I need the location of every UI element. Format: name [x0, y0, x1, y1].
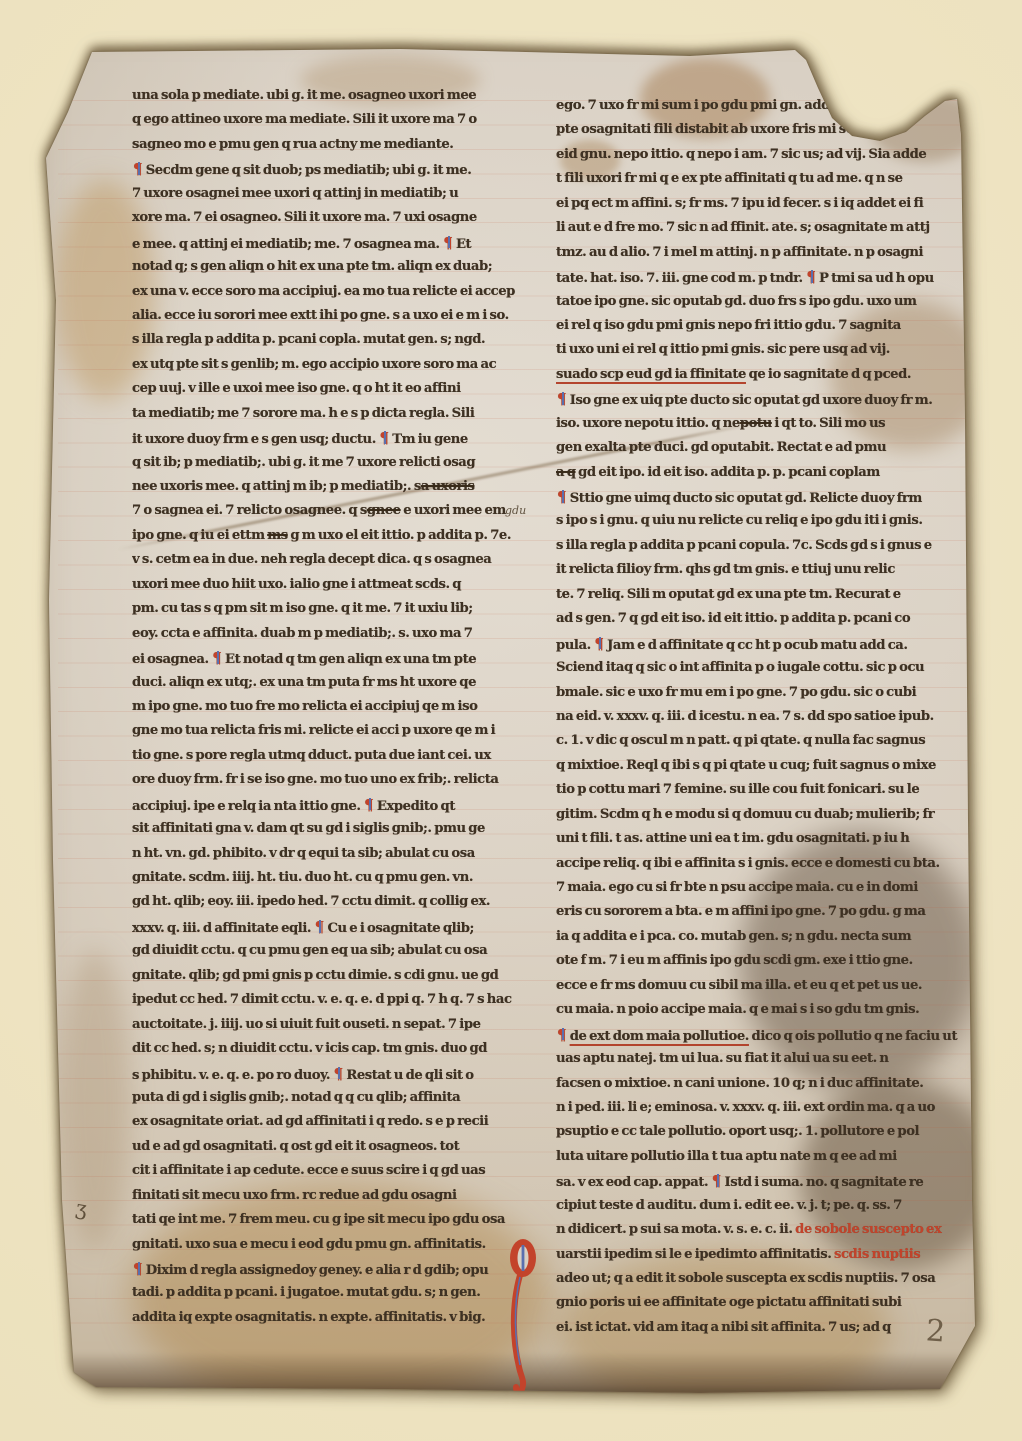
text-line: t fili uxori fr mi q e ex pte affinitati…: [556, 167, 960, 191]
ink-text: tatoe ipo gne. sic oputab gd. duo frs s …: [556, 294, 917, 309]
ink-text: gnee: [367, 503, 401, 518]
pilcrow-mark: ¶: [442, 234, 453, 252]
ink-text: i qt to. Sili mo us: [772, 416, 885, 431]
ink-text: Sttio gne uimq ducto sic oputat gd. Reli…: [567, 491, 922, 506]
ink-text: ipedut cc hed. 7 dimit cctu. v. e. q. e.…: [132, 992, 512, 1007]
ink-text: ego. 7 uxo fr mi sum i po gdu pmi gn. ad…: [556, 98, 902, 113]
text-line: tio gne. s pore regla utmq dduct. puta d…: [132, 744, 524, 768]
text-line: m ipo gne. mo tuo fre mo relicta ei acci…: [132, 695, 524, 719]
ink-text: eid gnu. nepo ittio. q nepo i am. 7 sic …: [556, 147, 926, 162]
ink-text: accipiuj. ipe e relq ia nta ittio gne.: [132, 799, 363, 814]
text-line: ei pq ect m affini. s; fr ms. 7 ipu id f…: [556, 192, 960, 216]
ink-text: ad s gen. 7 q gd eit iso. id eit ittio. …: [556, 611, 910, 626]
text-line: ecce e fr ms domuu cu sibil ma illa. et …: [556, 974, 960, 998]
ink-text: dico q ois pollutio q ne faciu ut: [749, 1029, 957, 1044]
text-line: n ht. vn. gd. phibito. v dr q equi ta si…: [132, 842, 524, 866]
manuscript-leaf-wrap: una sola p mediate. ubi g. it me. osagne…: [0, 0, 1022, 1441]
ink-text: n ht. vn. gd. phibito. v dr q equi ta si…: [132, 846, 475, 861]
text-line: gitim. Scdm q h e modu si q domuu cu dua…: [556, 803, 960, 827]
ink-text: gnitate. scdm. iiij. ht. tiu. duo ht. cu…: [132, 870, 473, 885]
ink-text: cu maia. n poio accipe maia. q e mai s i…: [556, 1002, 919, 1017]
text-line: auctoitate. j. iiij. uo si uiuit fuit ou…: [132, 1013, 524, 1037]
ink-text: s illa regla p addita p pcani copula. 7c…: [556, 538, 932, 553]
ink-text: g m uxo el eit ittio. p addita p. 7e.: [288, 528, 511, 543]
text-line: gd diuidit cctu. q cu pmu gen eq ua sib;…: [132, 939, 524, 963]
pilcrow-mark: ¶: [556, 1026, 567, 1044]
ink-text: ore duoy frm. fr i se iso gne. mo tuo un…: [132, 772, 498, 787]
ink-text: q ego attineo uxore ma mediate. Sili it …: [132, 112, 477, 127]
text-line: ex utq pte sit s genlib; m. ego accipio …: [132, 353, 524, 377]
text-line: tio p cottu mari 7 femine. su ille cou f…: [556, 778, 960, 802]
text-line: accipiuj. ipe e relq ia nta ittio gne. ¶…: [132, 793, 524, 817]
text-line: ti uxo uni ei rel q ittio pmi gnis. sic …: [556, 338, 960, 362]
ink-text: cep uuj. v ille e uxoi mee iso gne. q o …: [132, 381, 461, 396]
text-line: Sciend itaq q sic o int affinita p o iug…: [556, 656, 960, 680]
ink-text: Sciend itaq q sic o int affinita p o iug…: [556, 660, 924, 675]
text-line: te. 7 reliq. Sili m oputat gd ex una pte…: [556, 583, 960, 607]
pilcrow-mark: ¶: [711, 1172, 722, 1190]
pilcrow-mark: ¶: [556, 488, 567, 506]
text-line: cit i affinitate i ap cedute. ecce e suu…: [132, 1159, 524, 1183]
text-line: v s. cetm ea in due. neh regla decept di…: [132, 548, 524, 572]
ink-text: te. 7 reliq. Sili m oputat gd ex una pte…: [556, 587, 901, 602]
ink-text: Restat u de qli sit o: [344, 1068, 474, 1083]
text-line: iso. uxore nepotu ittio. q nepotu i qt t…: [556, 412, 960, 436]
text-line: q ego attineo uxore ma mediate. Sili it …: [132, 108, 524, 132]
text-line: ¶ Iso gne ex uiq pte ducto sic oputat gd…: [556, 387, 960, 411]
text-line: q mixtioe. Reql q ibi s q pi qtate u cuq…: [556, 754, 960, 778]
ink-text: sit affinitati gna v. dam qt su gd i sig…: [132, 821, 485, 836]
text-line: eris cu sororem a bta. e m affini ipo gn…: [556, 900, 960, 924]
ink-text: gnitati. uxo sua e mecu i eod gdu pmu gn…: [132, 1237, 486, 1252]
text-line: gen exalta pte duci. gd oputabit. Rectat…: [556, 436, 960, 460]
ink-text: eris cu sororem a bta. e m affini ipo gn…: [556, 904, 925, 919]
ink-text: cit i affinitate i ap cedute. ecce e suu…: [132, 1163, 485, 1178]
ink-text: bmale. sic e uxo fr mu em i po gne. 7 po…: [556, 685, 916, 700]
ink-text: tati qe int me. 7 frem meu. cu g ipe sit…: [132, 1212, 505, 1227]
text-line: 7 o sagnea ei. 7 relicto osagnee. q sgne…: [132, 499, 524, 523]
text-line: gnio poris ui ee affinitate oge pictatu …: [556, 1291, 960, 1315]
pilcrow-mark: ¶: [333, 1065, 344, 1083]
ink-text: de ext dom maia pollutioe.: [570, 1029, 749, 1044]
ink-text: it relicta filioy frm. qhs gd tm gnis. e…: [556, 562, 895, 577]
text-line: tate. hat. iso. 7. iii. gne cod m. p tnd…: [556, 265, 960, 289]
ink-text: pte osagnitati fili distabit ab uxore fr…: [556, 122, 883, 137]
text-line: finitati sit mecu uxo frm. rc redue ad g…: [132, 1184, 524, 1208]
text-line: tati qe int me. 7 frem meu. cu g ipe sit…: [132, 1208, 524, 1232]
text-line: ¶ Secdm gene q sit duob; ps mediatib; ub…: [132, 157, 524, 181]
text-column-left: una sola p mediate. ubi g. it me. osagne…: [132, 84, 524, 1330]
text-line: s ipo s i gnu. q uiu nu relicte cu reliq…: [556, 509, 960, 533]
text-line: duci. aliqn ex utq;. ex una tm puta fr m…: [132, 671, 524, 695]
ink-text: puta di gd i siglis gnib;. notad q q cu …: [132, 1090, 460, 1105]
text-line: facsen o mixtioe. n cani unione. 10 q; n…: [556, 1072, 960, 1096]
text-line: pula. ¶ Jam e d affinitate q cc ht p ocu…: [556, 632, 960, 656]
ink-text: ei. ist ictat. vid am itaq a nibi sit af…: [556, 1320, 891, 1335]
ink-text: gitim. Scdm q h e modu si q domuu cu dua…: [556, 807, 934, 822]
manuscript-leaf: una sola p mediate. ubi g. it me. osagne…: [0, 0, 1022, 1441]
ink-text: pm. cu tas s q pm sit m iso gne. q it me…: [132, 601, 473, 616]
text-line: sa. v ex eod cap. appat. ¶ Istd i suma. …: [556, 1169, 960, 1193]
ink-text: suado scp eud gd ia ffinitate: [556, 367, 746, 382]
ink-text: c. 1. v dic q oscul m n patt. q pi qtate…: [556, 733, 925, 748]
text-column-right: ego. 7 uxo fr mi sum i po gdu pmi gn. ad…: [556, 94, 960, 1340]
text-line: s phibitu. v. e. q. e. po ro duoy. ¶ Res…: [132, 1062, 524, 1086]
ink-text: sa. v ex eod cap. appat.: [556, 1175, 711, 1190]
ink-text: xore ma. 7 ei osagneo. Sili it uxore ma.…: [132, 210, 477, 225]
ink-text: notad q; s gen aliqn o hit ex una pte tm…: [132, 259, 492, 274]
text-line: cipiut teste d auditu. dum i. edit ee. v…: [556, 1194, 960, 1218]
text-line: tatoe ipo gne. sic oputab gd. duo frs s …: [556, 290, 960, 314]
ink-text: ote f m. 7 i eu m affinis ipo gdu scdi g…: [556, 953, 913, 968]
text-line: cu maia. n poio accipe maia. q e mai s i…: [556, 998, 960, 1022]
ink-text: e uxori mee em: [401, 503, 506, 518]
text-line: n i ped. iii. li e; eminosa. v. xxxv. q.…: [556, 1096, 960, 1120]
ink-text: li aut e d fre mo. 7 sic n ad ffinit. at…: [556, 220, 930, 235]
text-line: a q gd eit ipo. id eit iso. addita p. p.…: [556, 461, 960, 485]
text-line: s illa regla p addita p. pcani copla. mu…: [132, 328, 524, 352]
ink-text: ia q addita e i pca. co. mutab gen. s; n…: [556, 929, 911, 944]
ink-text: tio p cottu mari 7 femine. su ille cou f…: [556, 782, 919, 797]
text-line: psuptio e cc tale pollutio. oport usq;. …: [556, 1120, 960, 1144]
ink-text: e mee. q attinj ei mediatib; me. 7 osagn…: [132, 237, 442, 252]
text-line: addita iq expte osagnitatis. n expte. af…: [132, 1306, 524, 1330]
ink-text: addita iq expte osagnitatis. n expte. af…: [132, 1310, 485, 1325]
pilcrow-mark: ¶: [556, 390, 567, 408]
gutter-note: gdu: [505, 504, 526, 517]
ink-text: 7 o sagnea ei. 7 relicto osagnee. q s: [132, 503, 367, 518]
text-line: ei osagnea. ¶ Et notad q tm gen aliqn ex…: [132, 646, 524, 670]
ink-text: gd diuidit cctu. q cu pmu gen eq ua sib;…: [132, 943, 487, 958]
text-line: 7 uxore osagnei mee uxori q attinj in me…: [132, 182, 524, 206]
ink-text: ta mediatib; me 7 sorore ma. h e s p dic…: [132, 406, 474, 421]
ink-text: finitati sit mecu uxo frm. rc redue ad g…: [132, 1188, 457, 1203]
ink-text: Cu e i osagnitate qlib;: [325, 921, 474, 936]
ink-text: tate. hat. iso. 7. iii. gne cod m. p tnd…: [556, 271, 805, 286]
folio-number: 2: [925, 1313, 946, 1349]
text-line: ipo gne. q iu ei ettm ms g m uxo el eit …: [132, 524, 524, 548]
text-line: ex osagnitate oriat. ad gd affinitati i …: [132, 1110, 524, 1134]
ink-text: auctoitate. j. iiij. uo si uiuit fuit ou…: [132, 1017, 481, 1032]
ink-text: it uxore duoy frm e s gen usq; ductu.: [132, 432, 378, 447]
ink-text: ipo gne. q iu ei ettm: [132, 528, 267, 543]
text-line: eid gnu. nepo ittio. q nepo i am. 7 sic …: [556, 143, 960, 167]
ink-text: v s. cetm ea in due. neh regla decept di…: [132, 552, 491, 567]
ink-text: eoy. ccta e affinita. duab m p mediatib;…: [132, 626, 472, 641]
ink-text: uas aptu natej. tm ui lua. su fiat it al…: [556, 1051, 889, 1066]
ink-text: pula.: [556, 638, 593, 653]
rubric-text: de sobole suscepto ex: [795, 1222, 941, 1237]
ink-text: Secdm gene q sit duob; ps mediatib; ubi …: [143, 163, 471, 178]
text-line: ¶ Sttio gne uimq ducto sic oputat gd. Re…: [556, 485, 960, 509]
text-line: ote f m. 7 i eu m affinis ipo gdu scdi g…: [556, 949, 960, 973]
text-line: uxori mee duo hiit uxo. ialio gne i attm…: [132, 573, 524, 597]
pilcrow-mark: ¶: [363, 796, 374, 814]
ink-text: ei pq ect m affini. s; fr ms. 7 ipu id f…: [556, 196, 923, 211]
ink-text: Et: [453, 237, 471, 252]
ink-text: Istd i suma. no. q sagnitate re: [722, 1175, 923, 1190]
pen-trial-mark: ʒ: [74, 1195, 89, 1221]
ink-text: alia. ecce iu sorori mee extt ihi po gne…: [132, 308, 509, 323]
ink-text: ex utq pte sit s genlib; m. ego accipio …: [132, 357, 496, 372]
text-line: it uxore duoy frm e s gen usq; ductu. ¶ …: [132, 426, 524, 450]
ink-text: qe io sagnitate d q pced.: [746, 367, 911, 382]
ink-text: accipe reliq. q ibi e affinita s i gnis.…: [556, 856, 940, 871]
pilcrow-mark: ¶: [211, 649, 222, 667]
ink-text: t fili uxori fr mi q e ex pte affinitati…: [556, 171, 903, 186]
ink-text: luta uitare pollutio illa t tua aptu nat…: [556, 1149, 897, 1164]
text-line: q sit ib; p mediatib;. ubi g. it me 7 ux…: [132, 451, 524, 475]
text-line: ore duoy frm. fr i se iso gne. mo tuo un…: [132, 768, 524, 792]
pilcrow-mark: ¶: [805, 268, 816, 286]
text-line: ia q addita e i pca. co. mutab gen. s; n…: [556, 925, 960, 949]
text-line: ¶ Dixim d regla assignedoy geney. e alia…: [132, 1257, 524, 1281]
text-line: ud e ad gd osagnitati. q ost gd eit it o…: [132, 1135, 524, 1159]
pilcrow-mark: ¶: [314, 918, 325, 936]
ink-text: duci. aliqn ex utq;. ex una tm puta fr m…: [132, 675, 476, 690]
text-line: ¶ de ext dom maia pollutioe. dico q ois …: [556, 1023, 960, 1047]
photo-mat: una sola p mediate. ubi g. it me. osagne…: [0, 0, 1022, 1441]
ink-text: sagneo mo e pmu gen q rua actny me media…: [132, 137, 453, 152]
ink-text: tio gne. s pore regla utmq dduct. puta d…: [132, 748, 491, 763]
ink-text: psuptio e cc tale pollutio. oport usq;. …: [556, 1124, 919, 1139]
ink-text: Jam e d affinitate q cc ht p ocub matu a…: [604, 638, 907, 653]
text-line: puta di gd i siglis gnib;. notad q q cu …: [132, 1086, 524, 1110]
text-line: sit affinitati gna v. dam qt su gd i sig…: [132, 817, 524, 841]
text-line: suado scp eud gd ia ffinitate qe io sagn…: [556, 363, 960, 387]
text-line: alia. ecce iu sorori mee extt ihi po gne…: [132, 304, 524, 328]
text-line: ego. 7 uxo fr mi sum i po gdu pmi gn. ad…: [556, 94, 960, 118]
ink-text: Expedito qt: [374, 799, 455, 814]
ink-text: gd eit ipo. id eit iso. addita p. p. pca…: [576, 465, 880, 480]
ink-text: xxxv. q. iii. d affinitate eqli.: [132, 921, 314, 936]
ink-text: q sit ib; p mediatib;. ubi g. it me 7 ux…: [132, 455, 475, 470]
ink-text: Tm iu gene: [390, 432, 468, 447]
ink-text: gen exalta pte duci. gd oputabit. Rectat…: [556, 440, 886, 455]
text-line: xore ma. 7 ei osagneo. Sili it uxore ma.…: [132, 206, 524, 230]
text-line: ad s gen. 7 q gd eit iso. id eit ittio. …: [556, 607, 960, 631]
text-line: ex una v. ecce soro ma accipiuj. ea mo t…: [132, 280, 524, 304]
stain: [60, 950, 130, 1250]
ink-text: ti uxo uni ei rel q ittio pmi gnis. sic …: [556, 342, 890, 357]
text-line: tmz. au d alio. 7 i mel m attinj. n p af…: [556, 241, 960, 265]
ink-text: ud e ad gd osagnitati. q ost gd eit it o…: [132, 1139, 459, 1154]
ink-text: nee uxoris mee. q attinj m ib; p mediati…: [132, 479, 421, 494]
ink-text: Dixim d regla assignedoy geney. e alia r…: [143, 1263, 488, 1278]
pilcrow-mark: ¶: [132, 1260, 143, 1278]
text-line: ei rel q iso gdu pmi gnis nepo fri ittio…: [556, 314, 960, 338]
ink-text: P tmi sa ud h opu: [816, 271, 933, 286]
ink-text: Et notad q tm gen aliqn ex una tm pte: [222, 652, 476, 667]
text-line: na eid. v. xxxv. q. iii. d icestu. n ea.…: [556, 705, 960, 729]
text-line: pte osagnitati fili distabit ab uxore fr…: [556, 118, 960, 142]
ink-text: uni t fili. t as. attine uni ea t im. gd…: [556, 831, 909, 846]
ink-text: ex osagnitate oriat. ad gd affinitati i …: [132, 1114, 488, 1129]
ink-text: gd ht. qlib; eoy. iii. ipedo hed. 7 cctu…: [132, 894, 490, 909]
ink-text: facsen o mixtioe. n cani unione. 10 q; n…: [556, 1076, 923, 1091]
ink-text: dit cc hed. s; n diuidit cctu. v icis ca…: [132, 1041, 487, 1056]
ink-text: Iso gne ex uiq pte ducto sic oputat gd u…: [567, 393, 932, 408]
text-line: s illa regla p addita p pcani copula. 7c…: [556, 534, 960, 558]
text-line: ei. ist ictat. vid am itaq a nibi sit af…: [556, 1316, 960, 1340]
ink-text: ei rel q iso gdu pmi gnis nepo fri ittio…: [556, 318, 901, 333]
text-line: pm. cu tas s q pm sit m iso gne. q it me…: [132, 597, 524, 621]
text-line: ipedut cc hed. 7 dimit cctu. v. e. q. e.…: [132, 988, 524, 1012]
text-line: 7 maia. ego cu si fr bte n psu accipe ma…: [556, 876, 960, 900]
ink-text: adeo ut; q a edit it sobole suscepta ex …: [556, 1271, 935, 1286]
text-line: cep uuj. v ille e uxoi mee iso gne. q o …: [132, 377, 524, 401]
rubric-text: scdis nuptiis: [834, 1247, 920, 1262]
text-line: dit cc hed. s; n diuidit cctu. v icis ca…: [132, 1037, 524, 1061]
ink-text: ei osagnea.: [132, 652, 211, 667]
ink-text: a uxoris: [421, 479, 475, 494]
ink-text: n i ped. iii. li e; eminosa. v. xxxv. q.…: [556, 1100, 935, 1115]
ink-text: una sola p mediate. ubi g. it me. osagne…: [132, 88, 476, 103]
ink-text: s illa regla p addita p. pcani copla. mu…: [132, 332, 485, 347]
text-line: luta uitare pollutio illa t tua aptu nat…: [556, 1145, 960, 1169]
ink-text: m ipo gne. mo tuo fre mo relicta ei acci…: [132, 699, 477, 714]
ink-text: ms: [267, 528, 287, 543]
ink-text: gnitate. qlib; gd pmi gnis p cctu dimie.…: [132, 968, 498, 983]
text-line: uni t fili. t as. attine uni ea t im. gd…: [556, 827, 960, 851]
ink-text: s phibitu. v. e. q. e. po ro duoy.: [132, 1068, 333, 1083]
pilcrow-mark: ¶: [132, 160, 143, 178]
ink-text: uarstii ipedim si le e ipedimto affinita…: [556, 1247, 834, 1262]
text-line: uas aptu natej. tm ui lua. su fiat it al…: [556, 1047, 960, 1071]
ink-text: s ipo s i gnu. q uiu nu relicte cu reliq…: [556, 513, 922, 528]
ink-text: ex una v. ecce soro ma accipiuj. ea mo t…: [132, 284, 515, 299]
text-line: gnitate. scdm. iiij. ht. tiu. duo ht. cu…: [132, 866, 524, 890]
text-line: n didicert. p sui sa mota. v. s. e. c. i…: [556, 1218, 960, 1242]
text-line: xxxv. q. iii. d affinitate eqli. ¶ Cu e …: [132, 915, 524, 939]
ink-text: iso. uxore nepotu ittio. q ne: [556, 416, 740, 431]
pilcrow-mark: ¶: [593, 635, 604, 653]
ink-text: cipiut teste d auditu. dum i. edit ee. v…: [556, 1198, 902, 1213]
ink-text: 7 maia. ego cu si fr bte n psu accipe ma…: [556, 880, 918, 895]
ink-text: gne mo tua relicta fris mi. relicte ei a…: [132, 723, 495, 738]
ink-text: na eid. v. xxxv. q. iii. d icestu. n ea.…: [556, 709, 934, 724]
ink-text: q mixtioe. Reql q ibi s q pi qtate u cuq…: [556, 758, 936, 773]
ink-text: a q: [556, 465, 576, 480]
text-line: gne mo tua relicta fris mi. relicte ei a…: [132, 719, 524, 743]
ink-text: potu: [740, 416, 772, 431]
text-line: gd ht. qlib; eoy. iii. ipedo hed. 7 cctu…: [132, 890, 524, 914]
text-line: notad q; s gen aliqn o hit ex una pte tm…: [132, 255, 524, 279]
text-line: e mee. q attinj ei mediatib; me. 7 osagn…: [132, 231, 524, 255]
text-line: it relicta filioy frm. qhs gd tm gnis. e…: [556, 558, 960, 582]
text-line: una sola p mediate. ubi g. it me. osagne…: [132, 84, 524, 108]
ink-text: n didicert. p sui sa mota. v. s. e. c. i…: [556, 1222, 795, 1237]
text-line: ta mediatib; me 7 sorore ma. h e s p dic…: [132, 402, 524, 426]
ink-text: ecce e fr ms domuu cu sibil ma illa. et …: [556, 978, 922, 993]
ink-text: 7 uxore osagnei mee uxori q attinj in me…: [132, 186, 458, 201]
ink-text: tadi. p addita p pcani. i jugatoe. mutat…: [132, 1285, 480, 1300]
text-line: adeo ut; q a edit it sobole suscepta ex …: [556, 1267, 960, 1291]
text-line: gnitati. uxo sua e mecu i eod gdu pmu gn…: [132, 1233, 524, 1257]
text-line: sagneo mo e pmu gen q rua actny me media…: [132, 133, 524, 157]
text-line: tadi. p addita p pcani. i jugatoe. mutat…: [132, 1281, 524, 1305]
text-line: uarstii ipedim si le e ipedimto affinita…: [556, 1243, 960, 1267]
text-line: accipe reliq. q ibi e affinita s i gnis.…: [556, 852, 960, 876]
ink-text: gnio poris ui ee affinitate oge pictatu …: [556, 1295, 901, 1310]
rubric-initial-q: [504, 1237, 544, 1397]
text-line: bmale. sic e uxo fr mu em i po gne. 7 po…: [556, 681, 960, 705]
ink-text: uxori mee duo hiit uxo. ialio gne i attm…: [132, 577, 461, 592]
pilcrow-mark: ¶: [378, 429, 389, 447]
text-line: c. 1. v dic q oscul m n patt. q pi qtate…: [556, 729, 960, 753]
text-line: li aut e d fre mo. 7 sic n ad ffinit. at…: [556, 216, 960, 240]
text-line: eoy. ccta e affinita. duab m p mediatib;…: [132, 622, 524, 646]
text-line: gnitate. qlib; gd pmi gnis p cctu dimie.…: [132, 964, 524, 988]
ink-text: tmz. au d alio. 7 i mel m attinj. n p af…: [556, 245, 923, 260]
text-line: nee uxoris mee. q attinj m ib; p mediati…: [132, 475, 524, 499]
